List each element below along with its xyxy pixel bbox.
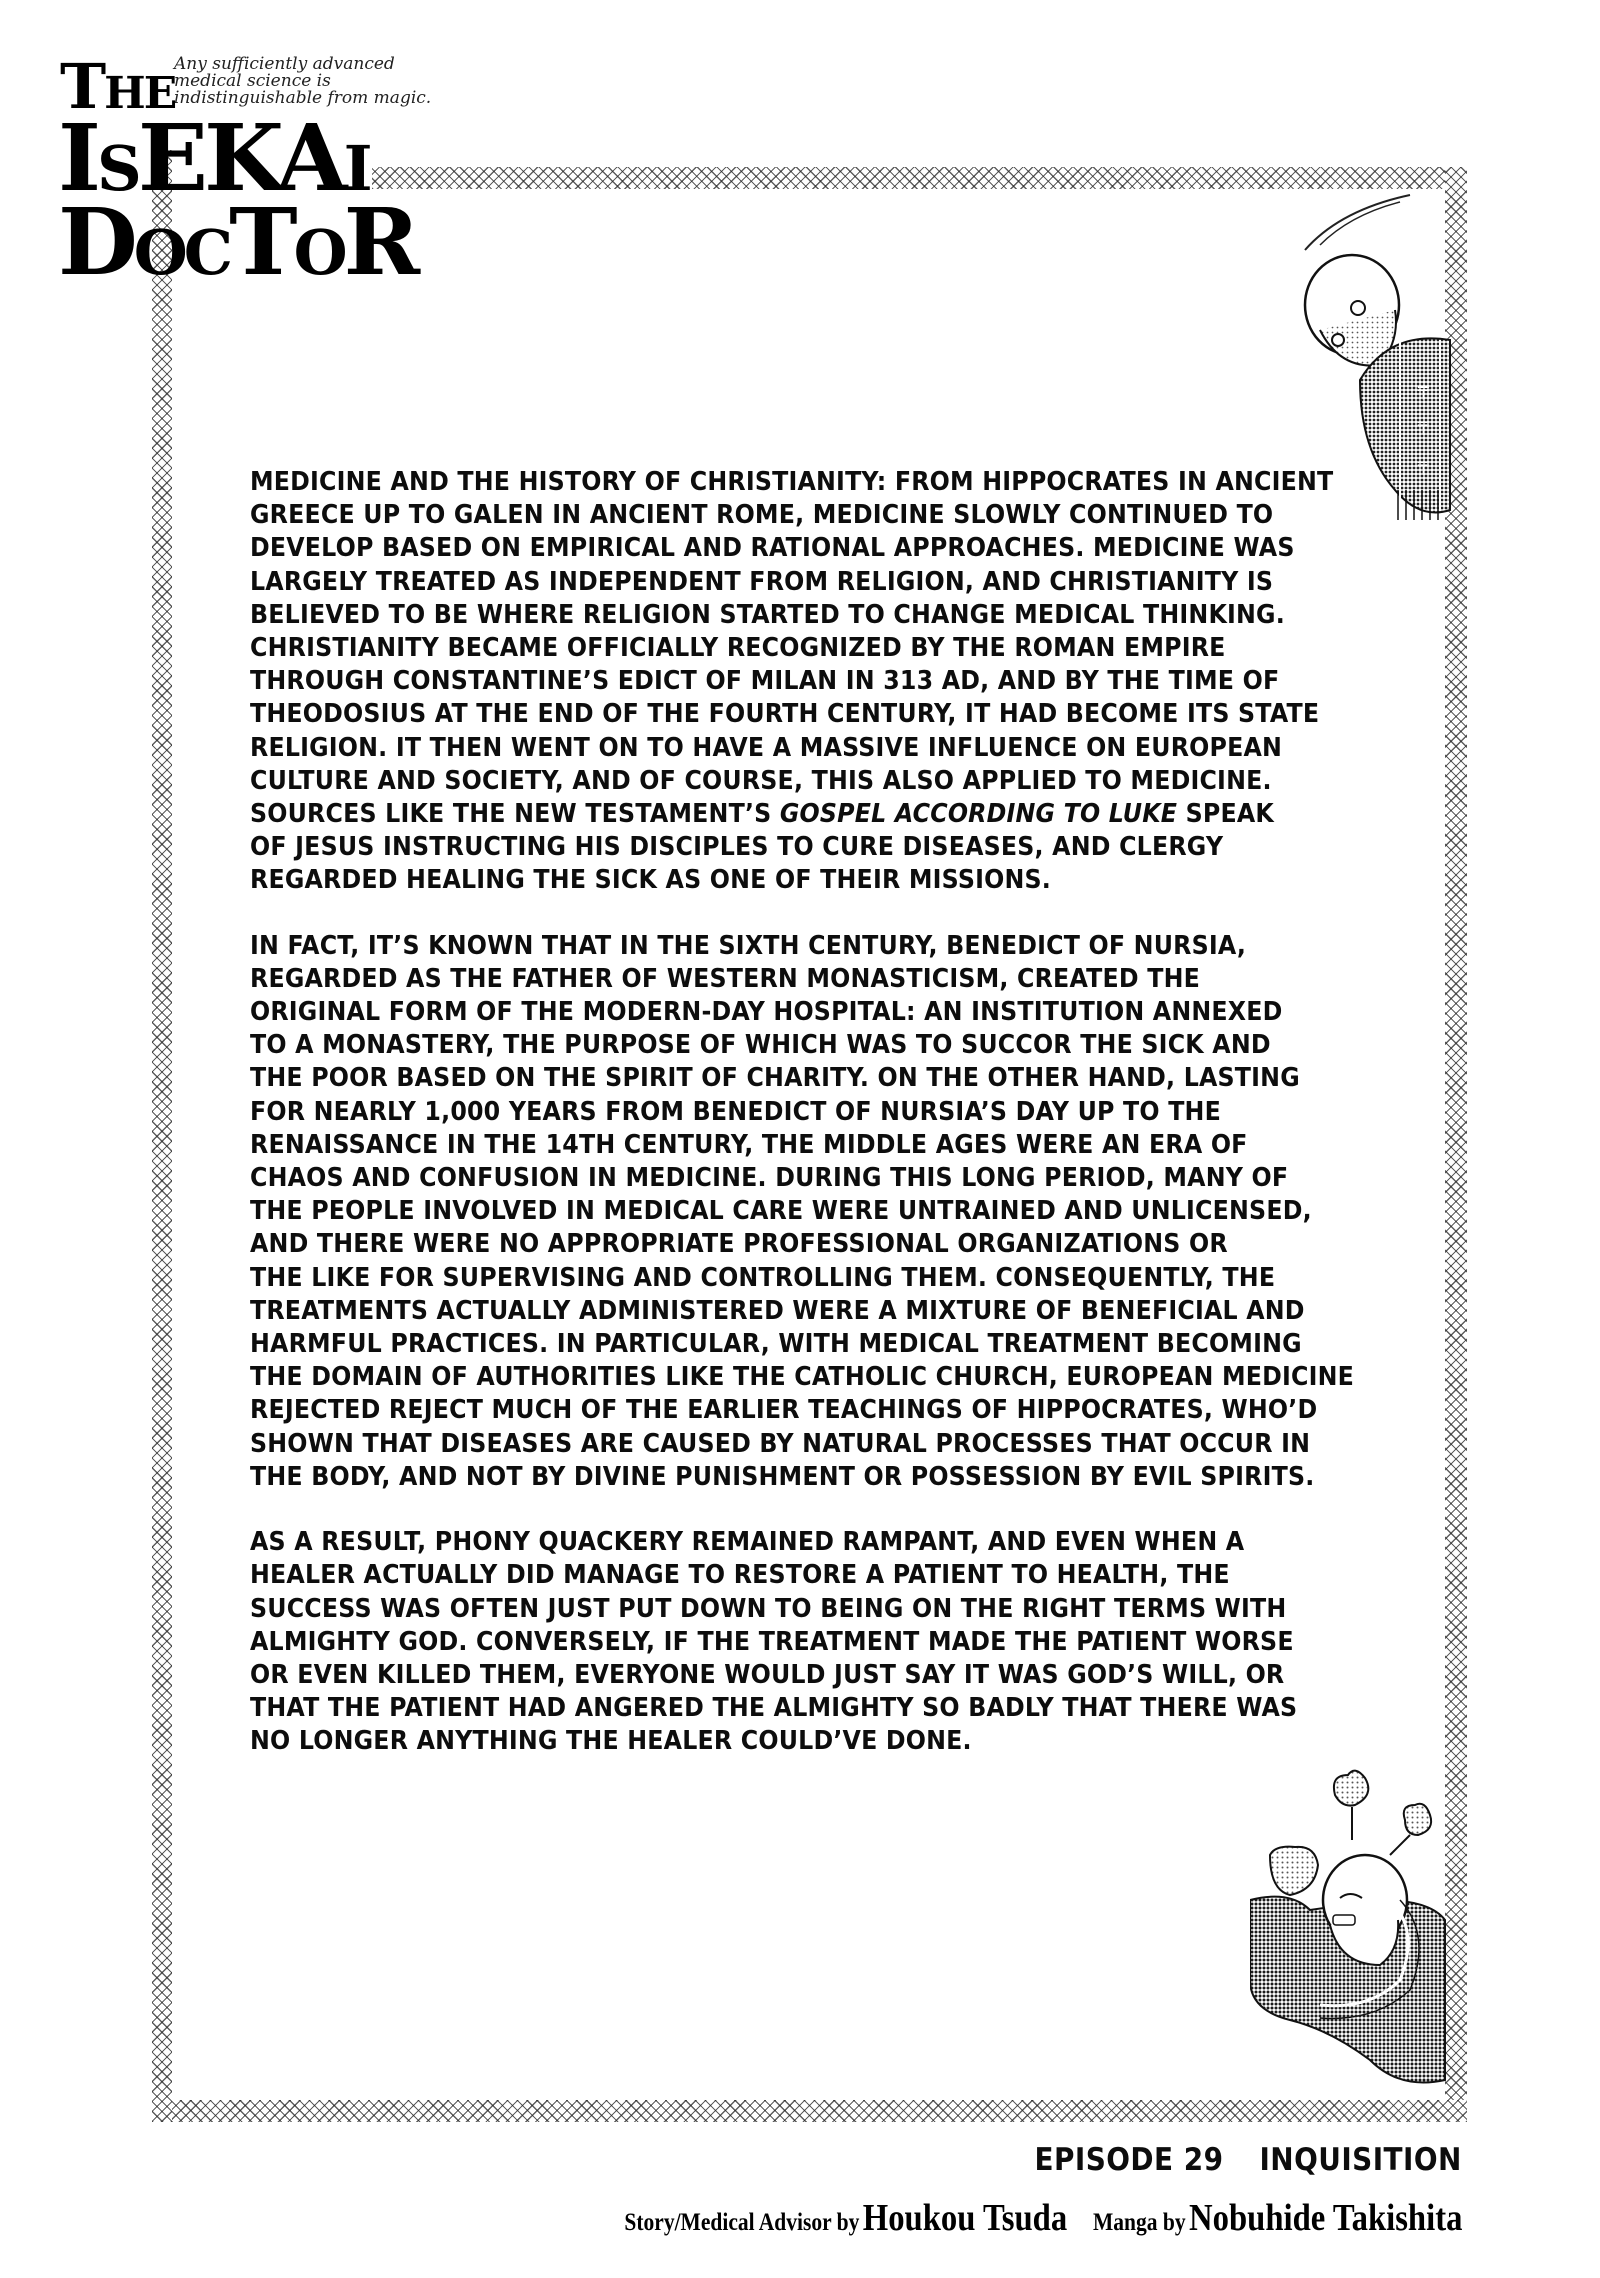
text-line: for nearly 1,000 years from Benedict of … xyxy=(250,1096,1273,1129)
text-line: no longer anything the healer could’ve d… xyxy=(250,1725,1273,1758)
text-line: regarded healing the sick as one of thei… xyxy=(250,864,1273,897)
frame-border-left xyxy=(152,150,172,2122)
text-line: Christianity became officially recognize… xyxy=(250,632,1273,665)
text-line: In fact, it’s known that in the sixth ce… xyxy=(250,930,1273,963)
text-line: through Constantine’s Edict of Milan in … xyxy=(250,665,1273,698)
logo-letter: T xyxy=(229,188,293,296)
logo-line-doctor: DOCTOR xyxy=(58,196,416,288)
text-line: Sources like the New Testament’s Gospel … xyxy=(250,798,1273,831)
svg-text:╤: ╤ xyxy=(1417,414,1430,435)
logo-letter: OC xyxy=(134,216,229,289)
text-line: develop based on empirical and rational … xyxy=(250,532,1273,565)
tagline: Any sufficiently advanced medical scienc… xyxy=(174,56,404,107)
text-line: rejected reject much of the earlier teac… xyxy=(250,1394,1273,1427)
credits: Story/Medical Advisor by Houkou Tsuda Ma… xyxy=(624,2196,1462,2240)
credit-name-manga: Nobuhide Takishita xyxy=(1189,2197,1462,2239)
text-line: success was often just put down to being… xyxy=(250,1593,1273,1626)
text-line: or even killed them, everyone would just… xyxy=(250,1659,1273,1692)
text-line: that the patient had angered the Almight… xyxy=(250,1692,1273,1725)
credit-role-manga: Manga by xyxy=(1093,2209,1186,2236)
logo-letter: O xyxy=(294,216,344,289)
frame-border-bottom xyxy=(152,2100,1467,2122)
text-line: harmful practices. In particular, with m… xyxy=(250,1328,1273,1361)
text-line: Greece up to Galen in ancient Rome, medi… xyxy=(250,499,1273,532)
text-line: healer actually did manage to restore a … xyxy=(250,1559,1273,1592)
text-line: to a monastery, the purpose of which was… xyxy=(250,1029,1273,1062)
text-line: the poor based on the spirit of charity.… xyxy=(250,1062,1273,1095)
article-body: Medicine and the History of Christianity… xyxy=(250,466,1273,1791)
episode-number: EPISODE 29 xyxy=(1035,2142,1224,2178)
angry-priest-icon xyxy=(1250,1750,1450,2100)
text-line: Theodosius at the end of the fourth cent… xyxy=(250,698,1273,731)
text-line: Medicine and the History of Christianity… xyxy=(250,466,1273,499)
text-line: Almighty God. Conversely, if the treatme… xyxy=(250,1626,1273,1659)
text-segment: Sources like the New Testament’s xyxy=(250,799,780,829)
paragraph-quackery: As a result, phony quackery remained ram… xyxy=(250,1526,1273,1758)
frame-border-top xyxy=(372,167,1467,189)
text-line: As a result, phony quackery remained ram… xyxy=(250,1526,1273,1559)
text-line: Renaissance in the 14th century, the Mid… xyxy=(250,1129,1273,1162)
text-line: largely treated as independent from reli… xyxy=(250,566,1273,599)
logo-letter: R xyxy=(344,188,416,296)
text-line: culture and society, and of course, this… xyxy=(250,765,1273,798)
text-line: believed to be where religion started to… xyxy=(250,599,1273,632)
text-line: religion. It then went on to have a mass… xyxy=(250,732,1273,765)
text-line: the like for supervising and controlling… xyxy=(250,1262,1273,1295)
credit-name-story: Houkou Tsuda xyxy=(862,2197,1066,2239)
text-line: chaos and confusion in medicine. During … xyxy=(250,1162,1273,1195)
text-line: shown that diseases are caused by natura… xyxy=(250,1428,1273,1461)
text-line: the body, and not by divine punishment o… xyxy=(250,1461,1273,1494)
episode-title: INQUISITION xyxy=(1260,2142,1462,2178)
episode-heading: EPISODE 29INQUISITION xyxy=(1035,2142,1462,2178)
text-line: original form of the modern-day hospital… xyxy=(250,996,1273,1029)
logo-letter: D xyxy=(58,188,134,296)
svg-text:╤: ╤ xyxy=(1417,379,1430,400)
text-line: the people involved in medical care were… xyxy=(250,1195,1273,1228)
text-line: the domain of authorities like the Catho… xyxy=(250,1361,1273,1394)
text-line: regarded as the father of Western monast… xyxy=(250,963,1273,996)
text-line: of Jesus instructing his disciples to cu… xyxy=(250,831,1273,864)
tagline-line: indistinguishable from magic. xyxy=(174,90,404,107)
credit-role-story: Story/Medical Advisor by xyxy=(624,2209,859,2236)
paragraph-christianity: Medicine and the History of Christianity… xyxy=(250,466,1273,898)
text-line: and there were no appropriate profession… xyxy=(250,1228,1273,1261)
text-segment: speak xyxy=(1177,799,1274,829)
text-line: treatments actually administered were a … xyxy=(250,1295,1273,1328)
svg-text:╤: ╤ xyxy=(1417,454,1430,475)
book-title: Gospel According to Luke xyxy=(780,799,1177,829)
paragraph-benedict: In fact, it’s known that in the sixth ce… xyxy=(250,930,1273,1494)
